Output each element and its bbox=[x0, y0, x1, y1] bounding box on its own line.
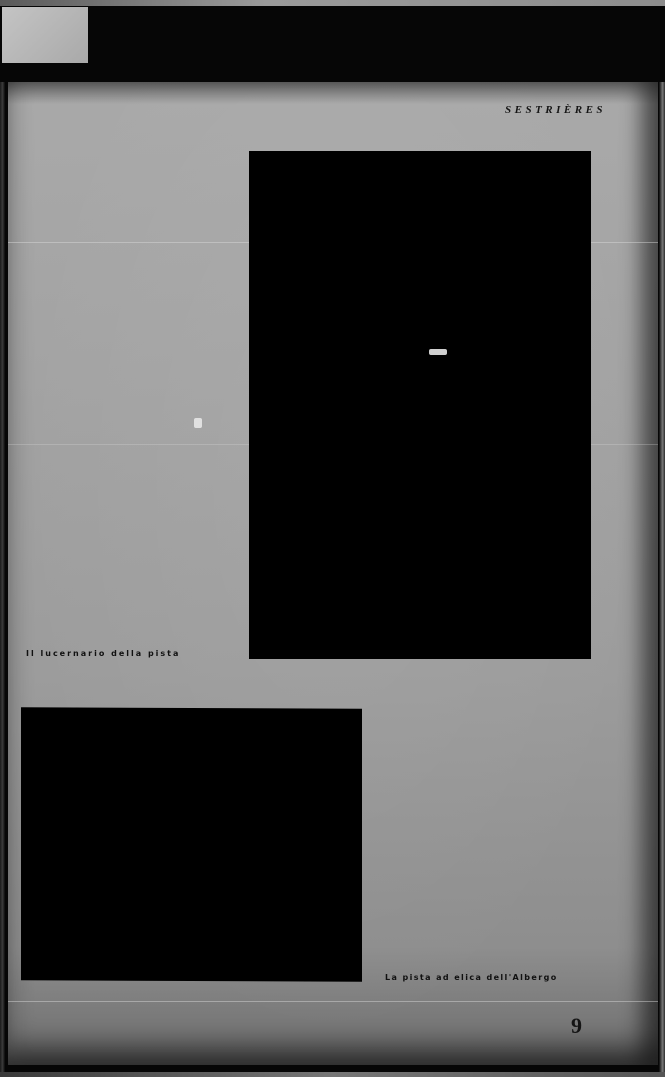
photo-lucernario bbox=[249, 151, 591, 659]
scan-artifact-line bbox=[8, 1001, 658, 1002]
scan-left-edge bbox=[0, 82, 5, 1072]
page-number: 9 bbox=[571, 1013, 582, 1039]
scan-corner-patch bbox=[2, 7, 88, 63]
caption-lucernario: Il lucernario della pista bbox=[26, 649, 180, 658]
scan-bottom-edge bbox=[0, 1072, 665, 1077]
paper-speck bbox=[194, 418, 202, 428]
running-head: SESTRIÈRES bbox=[505, 104, 606, 116]
scan-top-strip bbox=[0, 0, 665, 6]
scan-right-edge bbox=[659, 82, 665, 1072]
photo-highlight bbox=[429, 349, 447, 355]
caption-pista-elica: La pista ad elica dell'Albergo bbox=[385, 973, 558, 982]
photo-pista-elica bbox=[21, 707, 362, 981]
